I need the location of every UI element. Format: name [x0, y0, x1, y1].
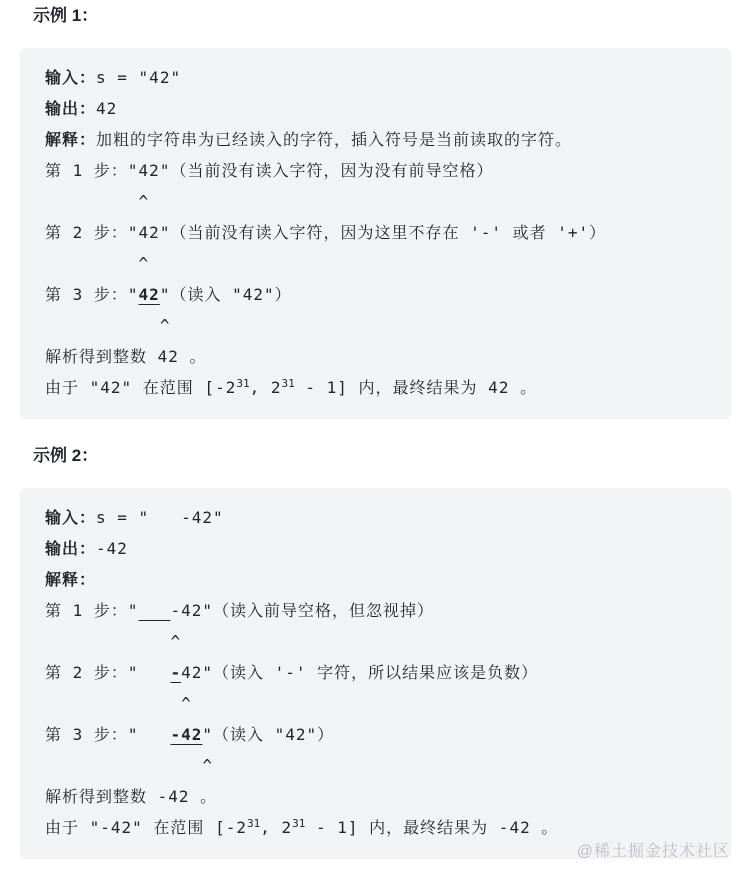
step-suffix: -42"（读入前导空格，但忽视掉）: [170, 601, 434, 620]
output-value: -42: [96, 539, 128, 558]
caret-line: 第 1 步："^: [45, 186, 706, 217]
step-suffix: 42"（当前没有读入字符，因为这里不存在 '-' 或者 '+'）: [139, 223, 607, 242]
range-text: 由于 "42" 在范围 [-2: [45, 378, 236, 397]
step-line: 第 1 步：" -42"（读入前导空格，但忽视掉）: [45, 595, 706, 626]
step-read-chars: 42: [139, 285, 160, 304]
caret-line: 第 2 步："^: [45, 248, 706, 279]
caret-line: 第 3 步：" -42^: [45, 750, 706, 781]
caret-symbol: ^: [139, 192, 150, 211]
example2-heading: 示例 2：: [33, 446, 731, 466]
step-prefix: 第 3 步：": [45, 285, 139, 304]
explain-line: 解释：加粗的字符串为已经读入的字符，插入符号是当前读取的字符。: [45, 124, 706, 155]
caret-line: 第 1 步：" ^: [45, 626, 706, 657]
output-label: 输出：: [45, 539, 96, 558]
range-result-line: 由于 "42" 在范围 [-231, 231 - 1] 内，最终结果为 42 。: [45, 372, 706, 405]
parse-result-line: 解析得到整数 -42 。: [45, 781, 706, 812]
example1-code-block: 输入：s = "42" 输出：42 解释：加粗的字符串为已经读入的字符，插入符号…: [20, 48, 731, 419]
superscript-exponent: 31: [292, 817, 305, 830]
step-read-chars: -: [170, 663, 181, 682]
explain-label: 解释：: [45, 570, 96, 589]
output-value: 42: [96, 99, 117, 118]
step-suffix: 42"（读入 '-' 字符，所以结果应该是负数）: [181, 663, 538, 682]
example2-code-block: 输入：s = " -42" 输出：-42 解释： 第 1 步：" -42"（读入…: [20, 488, 731, 859]
caret-symbol: ^: [160, 316, 171, 335]
example1-heading: 示例 1：: [33, 6, 731, 26]
parse-result-line: 解析得到整数 42 。: [45, 341, 706, 372]
step-prefix: 第 1 步：": [45, 601, 139, 620]
range-text: - 1] 内，最终结果为 -42 。: [305, 818, 558, 837]
superscript-exponent: 31: [282, 377, 295, 390]
output-label: 输出：: [45, 99, 96, 118]
step-suffix: "（读入 "42"）: [160, 285, 292, 304]
step-suffix: 42"（当前没有读入字符，因为没有前导空格）: [139, 161, 494, 180]
input-line: 输入：s = "42": [45, 62, 706, 93]
range-text: 由于 "-42" 在范围 [-2: [45, 818, 247, 837]
step-read-chars: -42: [170, 725, 202, 744]
superscript-exponent: 31: [247, 817, 260, 830]
range-text: , 2: [250, 378, 282, 397]
caret-symbol: ^: [181, 694, 192, 713]
explain-text: 加粗的字符串为已经读入的字符，插入符号是当前读取的字符。: [96, 130, 572, 149]
step-read-chars: [139, 601, 171, 620]
range-text: - 1] 内，最终结果为 42 。: [295, 378, 537, 397]
step-line: 第 2 步：" -42"（读入 '-' 字符，所以结果应该是负数）: [45, 657, 706, 688]
range-text: , 2: [260, 818, 292, 837]
step-suffix: "（读入 "42"）: [202, 725, 334, 744]
output-line: 输出：42: [45, 93, 706, 124]
caret-symbol: ^: [170, 632, 181, 651]
input-value: s = " -42": [96, 508, 224, 527]
step-line: 第 2 步："42"（当前没有读入字符，因为这里不存在 '-' 或者 '+'）: [45, 217, 706, 248]
step-prefix: 第 2 步：": [45, 663, 170, 682]
output-line: 输出：-42: [45, 533, 706, 564]
superscript-exponent: 31: [236, 377, 249, 390]
input-label: 输入：: [45, 68, 96, 87]
watermark-credit: @稀土掘金技术社区: [577, 838, 730, 861]
explain-line: 解释：: [45, 564, 706, 595]
step-prefix: 第 3 步：": [45, 725, 170, 744]
step-line: 第 3 步："42"（读入 "42"）: [45, 279, 706, 310]
input-line: 输入：s = " -42": [45, 502, 706, 533]
caret-symbol: ^: [202, 756, 213, 775]
caret-line: 第 3 步："42^: [45, 310, 706, 341]
step-prefix: 第 1 步：": [45, 161, 139, 180]
step-prefix: 第 2 步：": [45, 223, 139, 242]
caret-symbol: ^: [139, 254, 150, 273]
step-line: 第 1 步："42"（当前没有读入字符，因为没有前导空格）: [45, 155, 706, 186]
step-line: 第 3 步：" -42"（读入 "42"）: [45, 719, 706, 750]
input-value: s = "42": [96, 68, 181, 87]
article-page: 示例 1： 输入：s = "42" 输出：42 解释：加粗的字符串为已经读入的字…: [0, 0, 751, 875]
caret-line: 第 2 步：" -^: [45, 688, 706, 719]
input-label: 输入：: [45, 508, 96, 527]
explain-label: 解释：: [45, 130, 96, 149]
